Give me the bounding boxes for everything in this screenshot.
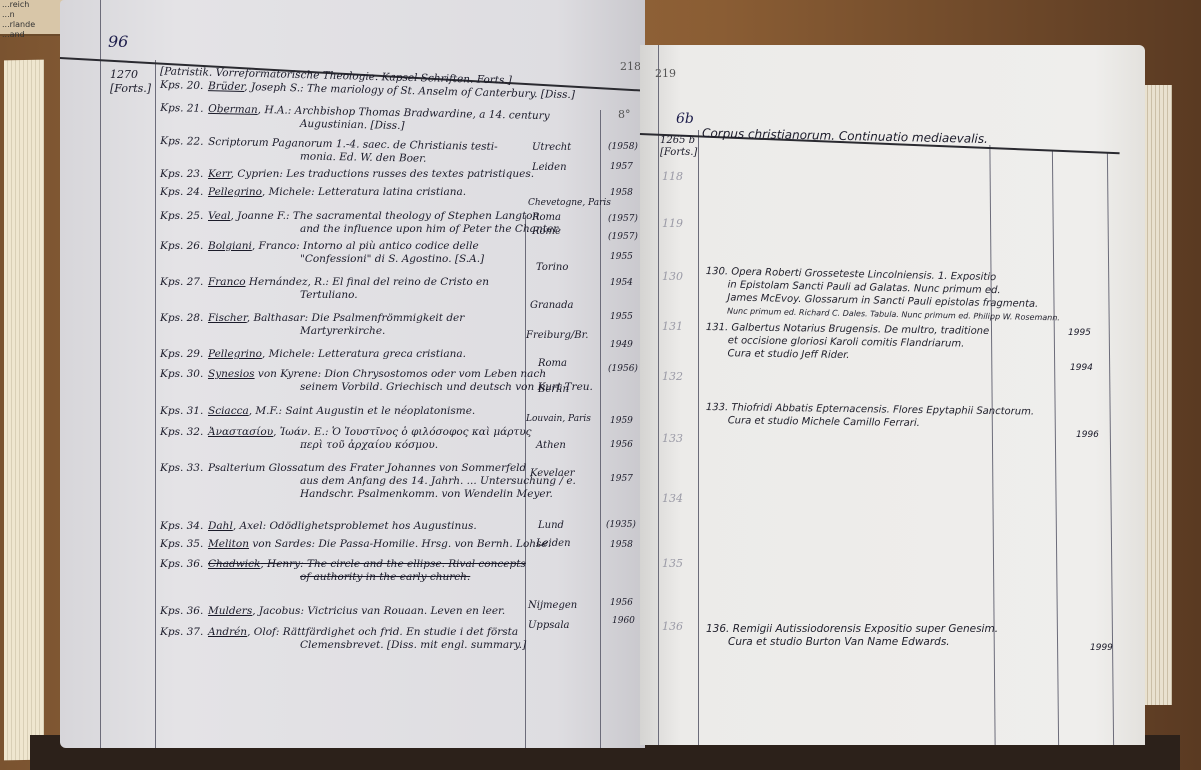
entry-number: 130. <box>706 266 728 277</box>
entry-continuation: and the influence upon him of Peter the … <box>160 223 560 236</box>
publication-year: 1955 <box>610 312 633 322</box>
volume-number: 135 <box>662 557 683 570</box>
entry-number: Kps. 36. <box>160 605 208 618</box>
entry-row: Kps. 30.Synesios von Kyrene: Dion Chryso… <box>160 368 593 394</box>
entry-row-struck: Kps. 36.Chadwick, Henry: The circle and … <box>160 558 526 584</box>
entry-row: 133. Thiofridi Abbatis Epternacensis. Fl… <box>706 401 1035 432</box>
classmark-number: 1270 <box>110 68 151 82</box>
entry-number: 133. <box>706 402 728 413</box>
entry-title: , Jacobus: Victricius van Rouaan. Leven … <box>252 605 505 617</box>
entry-title: von Sardes: Die Passa-Homilie. Hrsg. von… <box>249 538 551 550</box>
entry-row: 131. Galbertus Notarius Brugensis. De mu… <box>705 321 989 364</box>
publication-year: 1955 <box>610 252 633 262</box>
entry-title: , Michele: Letteratura greca cristiana. <box>262 348 466 360</box>
entry-title: , Michele: Letteratura latina cristiana. <box>262 186 466 198</box>
entry-number: Kps. 20. <box>160 79 208 93</box>
ruling-line <box>698 130 699 745</box>
entry-row: Kps. 31.Sciacca, M.F.: Saint Augustin et… <box>160 405 475 418</box>
publication-year: 1957 <box>610 162 633 172</box>
classmark-number: 1265 b <box>660 135 697 147</box>
place-of-publication: Rome <box>532 226 561 237</box>
entry-title: , M.F.: Saint Augustin et le néoplatonis… <box>249 405 476 417</box>
place-of-publication: Utrecht <box>532 142 571 153</box>
entry-row: Kps. 23.Kerr, Cyprien: Les traductions r… <box>160 168 534 181</box>
publication-year: 1994 <box>1070 363 1093 373</box>
entry-title: von Kyrene: Dion Chrysostomos oder vom L… <box>255 368 547 380</box>
entry-line: Remigii Autissiodorensis Expositio super… <box>733 623 998 635</box>
place-of-publication: Nijmegen <box>528 600 577 611</box>
publication-year: 1959 <box>610 416 633 426</box>
volume-number: 134 <box>662 492 683 505</box>
entry-number: Kps. 28. <box>160 312 208 325</box>
entry-author: Pellegrino <box>208 186 262 198</box>
ruling-line <box>1107 153 1114 745</box>
format-mark: 8° <box>618 108 631 121</box>
page-number: 218 <box>620 60 641 73</box>
book-page-edges-left <box>4 60 44 761</box>
publication-year: (1935) <box>606 520 636 530</box>
entry-author: Chadwick <box>208 558 260 570</box>
entry-number: Kps. 23. <box>160 168 208 181</box>
entry-number: Kps. 24. <box>160 186 208 199</box>
publication-year: 1958 <box>610 540 633 550</box>
publication-year: 1956 <box>610 440 633 450</box>
entry-title: Psalterium Glossatum des Frater Johannes… <box>208 462 526 474</box>
entry-line: Cura et studio Burton Van Name Edwards. <box>706 636 998 649</box>
ruling-line <box>100 0 101 748</box>
entry-row: Kps. 34.Dahl, Axel: Odödlighetsproblemet… <box>160 520 477 533</box>
entry-number: Kps. 21. <box>160 102 208 116</box>
entry-number: Kps. 36. <box>160 558 208 571</box>
entry-number: Kps. 35. <box>160 538 208 551</box>
volume-number: 131 <box>662 320 683 333</box>
place-of-publication: Roma <box>532 212 561 223</box>
entry-row: Kps. 32.Ἀναστασίου, Ἰωάν. Ε.: Ὁ Ἰουστῖνο… <box>160 426 532 452</box>
classmark-cont: [Forts.] <box>660 147 697 159</box>
publication-year: 1996 <box>1076 430 1099 440</box>
series-title: Corpus christianorum. Continuatio mediae… <box>702 126 988 146</box>
entry-number: Kps. 30. <box>160 368 208 381</box>
ruling-line <box>658 45 659 745</box>
publication-year: 1949 <box>610 340 633 350</box>
entry-row: Kps. 37.Andrén, Olof: Rättfärdighet och … <box>160 626 526 652</box>
publication-year: (1956) <box>608 364 638 374</box>
publication-year: (1957) <box>608 232 638 242</box>
place-of-publication: Leiden <box>536 538 571 549</box>
entry-title: Hernández, R.: El final del reino de Cri… <box>246 276 489 288</box>
entry-continuation: "Confessioni" di S. Agostino. [S.A.] <box>160 253 484 266</box>
entry-title: , Olof: Rättfärdighet och frid. En studi… <box>247 626 518 638</box>
entry-number: Kps. 33. <box>160 462 208 475</box>
classmark-cont: [Forts.] <box>110 82 151 96</box>
place-of-publication: Louvain, Paris <box>526 414 591 424</box>
publication-year: 1995 <box>1068 328 1091 338</box>
right-page: 219 6b 1265 b [Forts.] Corpus christiano… <box>640 45 1145 745</box>
place-of-publication: Leiden <box>532 162 567 173</box>
classmark: 1270 [Forts.] <box>110 68 151 96</box>
entry-row: Kps. 21.Oberman, H.A.: Archbishop Thomas… <box>160 102 550 136</box>
entry-row: Kps. 24.Pellegrino, Michele: Letteratura… <box>160 186 466 199</box>
entry-row: Kps. 26.Bolgiani, Franco: Intorno al più… <box>160 240 484 266</box>
place-of-publication: Granada <box>530 300 574 311</box>
left-page: 96 218 8° 1270 [Forts.] [Patristik. Vorr… <box>60 0 645 748</box>
entry-number: Kps. 34. <box>160 520 208 533</box>
entry-title: , Axel: Odödlighetsproblemet hos Augusti… <box>233 520 477 532</box>
entry-continuation: of authority in the early church. <box>160 571 526 584</box>
entry-author: Fischer <box>208 312 247 324</box>
classmark: 1265 b [Forts.] <box>660 135 697 159</box>
entry-title: , Balthasar: Die Psalmenfrömmigkeit der <box>247 312 465 324</box>
entry-number: Kps. 31. <box>160 405 208 418</box>
entry-title: , Franco: Intorno al più antico codice d… <box>252 240 479 252</box>
place-of-publication: Freiburg/Br. <box>526 330 588 341</box>
entry-author: Pellegrino <box>208 348 262 360</box>
volume-number: 133 <box>662 432 683 445</box>
ruling-line <box>989 145 995 745</box>
place-of-publication: Berlin <box>538 384 569 395</box>
place-of-publication: Roma <box>538 358 567 369</box>
entry-number: Kps. 27. <box>160 276 208 289</box>
place-of-publication: Athen <box>536 440 566 451</box>
entry-author: Andrén <box>208 626 247 638</box>
entry-row: Kps. 35.Meliton von Sardes: Die Passa-Ho… <box>160 538 551 551</box>
entry-row: Kps. 22.Scriptorum Paganorum 1.-4. saec.… <box>160 135 498 167</box>
entry-row: 136. Remigii Autissiodorensis Expositio … <box>706 623 998 649</box>
entry-continuation: περὶ τοῦ ἀρχαίου κόσμου. <box>160 439 532 452</box>
entry-number: 131. <box>706 322 728 333</box>
entry-row: 130. Opera Roberti Grosseteste Lincolnie… <box>705 265 1061 324</box>
entry-author: Dahl <box>208 520 233 532</box>
entry-number: 136. <box>706 623 729 635</box>
entry-number: Kps. 32. <box>160 426 208 439</box>
entry-row: Kps. 29.Pellegrino, Michele: Letteratura… <box>160 348 466 361</box>
entry-author: Sciacca <box>208 405 249 417</box>
entry-continuation: Tertuliano. <box>160 289 489 302</box>
publication-year: 1958 <box>610 188 633 198</box>
publication-year: (1958) <box>608 142 638 152</box>
publication-year: (1957) <box>608 214 638 224</box>
place-of-publication: Torino <box>536 262 568 273</box>
entry-continuation: seinem Vorbild. Griechisch und deutsch v… <box>160 381 593 394</box>
volume-number: 119 <box>662 217 683 230</box>
entry-row: Kps. 36.Mulders, Jacobus: Victricius van… <box>160 605 505 618</box>
entry-row: Kps. 27.Franco Hernández, R.: El final d… <box>160 276 489 302</box>
entry-continuation: Martyrerkirche. <box>160 325 464 338</box>
entry-author: Bolgiani <box>208 240 252 252</box>
entry-title: , Henry: The circle and the ellipse. Riv… <box>260 558 525 570</box>
page-number: 219 <box>655 67 676 80</box>
entry-author: Meliton <box>208 538 249 550</box>
entry-row: Kps. 28.Fischer, Balthasar: Die Psalmenf… <box>160 312 464 338</box>
publication-year: 1957 <box>610 474 633 484</box>
entry-author: Veal <box>208 210 230 222</box>
ruling-line <box>155 60 156 748</box>
entry-author: Oberman <box>208 103 258 116</box>
volume-number: 132 <box>662 370 683 383</box>
entry-row: Kps. 25.Veal, Joanne F.: The sacramental… <box>160 210 560 236</box>
entry-number: Kps. 22. <box>160 135 208 149</box>
volume-number: 136 <box>662 620 683 633</box>
entry-title: , Cyprien: Les traductions russes des te… <box>231 168 534 180</box>
volume-number: 130 <box>662 270 683 283</box>
entry-title: , Joanne F.: The sacramental theology of… <box>230 210 539 222</box>
place-of-publication: Uppsala <box>528 620 569 631</box>
ruling-line <box>1052 150 1059 745</box>
entry-author: Kerr <box>208 168 231 180</box>
place-of-publication: Lund <box>538 520 564 531</box>
entry-number: Kps. 37. <box>160 626 208 639</box>
entry-author: Brüder <box>208 80 245 93</box>
entry-number: Kps. 29. <box>160 348 208 361</box>
volume-number: 118 <box>662 170 683 183</box>
entry-author: Synesios <box>208 368 255 380</box>
entry-number: Kps. 25. <box>160 210 208 223</box>
entry-author: Ἀναστασίου <box>208 426 273 438</box>
place-of-publication: Chevetogne, Paris <box>528 198 611 208</box>
entry-author: Mulders <box>208 605 252 617</box>
publication-year: 1954 <box>610 278 633 288</box>
entry-author: Franco <box>208 276 246 288</box>
publication-year: 1999 <box>1090 643 1113 653</box>
publication-year: 1960 <box>612 616 635 626</box>
section-mark: 96 <box>108 32 128 51</box>
entry-number: Kps. 26. <box>160 240 208 253</box>
publication-year: 1956 <box>610 598 633 608</box>
section-mark: 6b <box>676 111 694 127</box>
entry-title: , Ἰωάν. Ε.: Ὁ Ἰουστῖνος ὁ φιλόσοφος καὶ … <box>273 426 531 438</box>
entry-continuation: Clemensbrevet. [Diss. mit engl. summary.… <box>160 639 526 652</box>
place-of-publication: Kevelaer <box>530 468 575 479</box>
